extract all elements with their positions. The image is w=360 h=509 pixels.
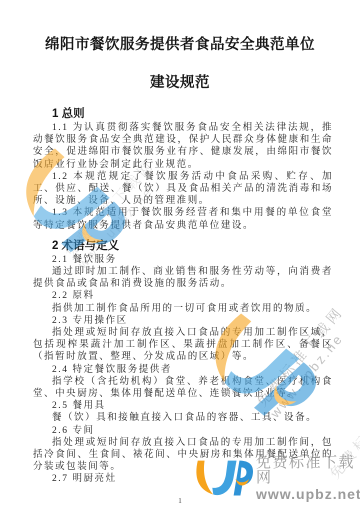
section-heading: 1 总则: [52, 107, 333, 121]
paragraph: 1.3 本规范适用于餐饮服务经营者和集中用餐的单位食堂等特定餐饮服务提供者食品安…: [33, 207, 333, 231]
site-url: www.upbz.net: [256, 487, 360, 501]
paragraph: 2.6 专间: [33, 425, 333, 437]
paragraph: 2.1 餐饮服务: [33, 254, 333, 266]
paragraph: 2.2 原料: [33, 290, 333, 302]
paragraph: 2.4 特定餐饮服务提供者: [33, 364, 333, 376]
site-name: 免费标准下载网: [256, 455, 360, 485]
document-title-line1: 绵阳市餐饮服务提供者食品安全典范单位: [18, 36, 342, 55]
paragraph: 指供加工制作食品所用的一切可食用或者饮用的物质。: [33, 303, 333, 315]
paragraph: 指学校（含托幼机构）食堂、养老机构食堂、医疗机构食堂、中央厨房、集体用餐配送单位…: [33, 376, 333, 400]
paragraph: 通过即时加工制作、商业销售和服务性劳动等，向消费者提供食品或食品和消费设施的服务…: [33, 266, 333, 290]
paragraph: 指处理或短时间存放直接入口食品的专用加工制作区域，包括现榨果蔬汁加工制作区、果蔬…: [33, 327, 333, 364]
paragraph: 1.2 本规范规定了餐饮服务活动中食品采购、贮存、加工、供应、配送、餐（饮）具及…: [33, 171, 333, 208]
paragraph: 餐（饮）具和接触直接入口食品的容器、工具、设备。: [33, 412, 333, 424]
document-page: 免费标准下载网 www.upbz.ne 免费标准下载网 www.upbz.ne …: [0, 0, 360, 509]
paragraph: 1.1 为认真贯彻落实餐饮服务食品安全相关法律法规，推动餐饮服务食品安全典范建设…: [33, 122, 333, 171]
up-logo-icon: [191, 457, 253, 499]
site-logo: 免费标准下载网 www.upbz.net: [191, 455, 359, 501]
section-heading: 2 术语与定义: [52, 239, 333, 253]
document-body: 1 总则1.1 为认真贯彻落实餐饮服务食品安全相关法律法规，推动餐饮服务食品安全…: [33, 107, 333, 486]
paragraph: 2.3 专用操作区: [33, 315, 333, 327]
document-title-line2: 建设规范: [18, 74, 342, 93]
paragraph: 2.5 餐用具: [33, 400, 333, 412]
